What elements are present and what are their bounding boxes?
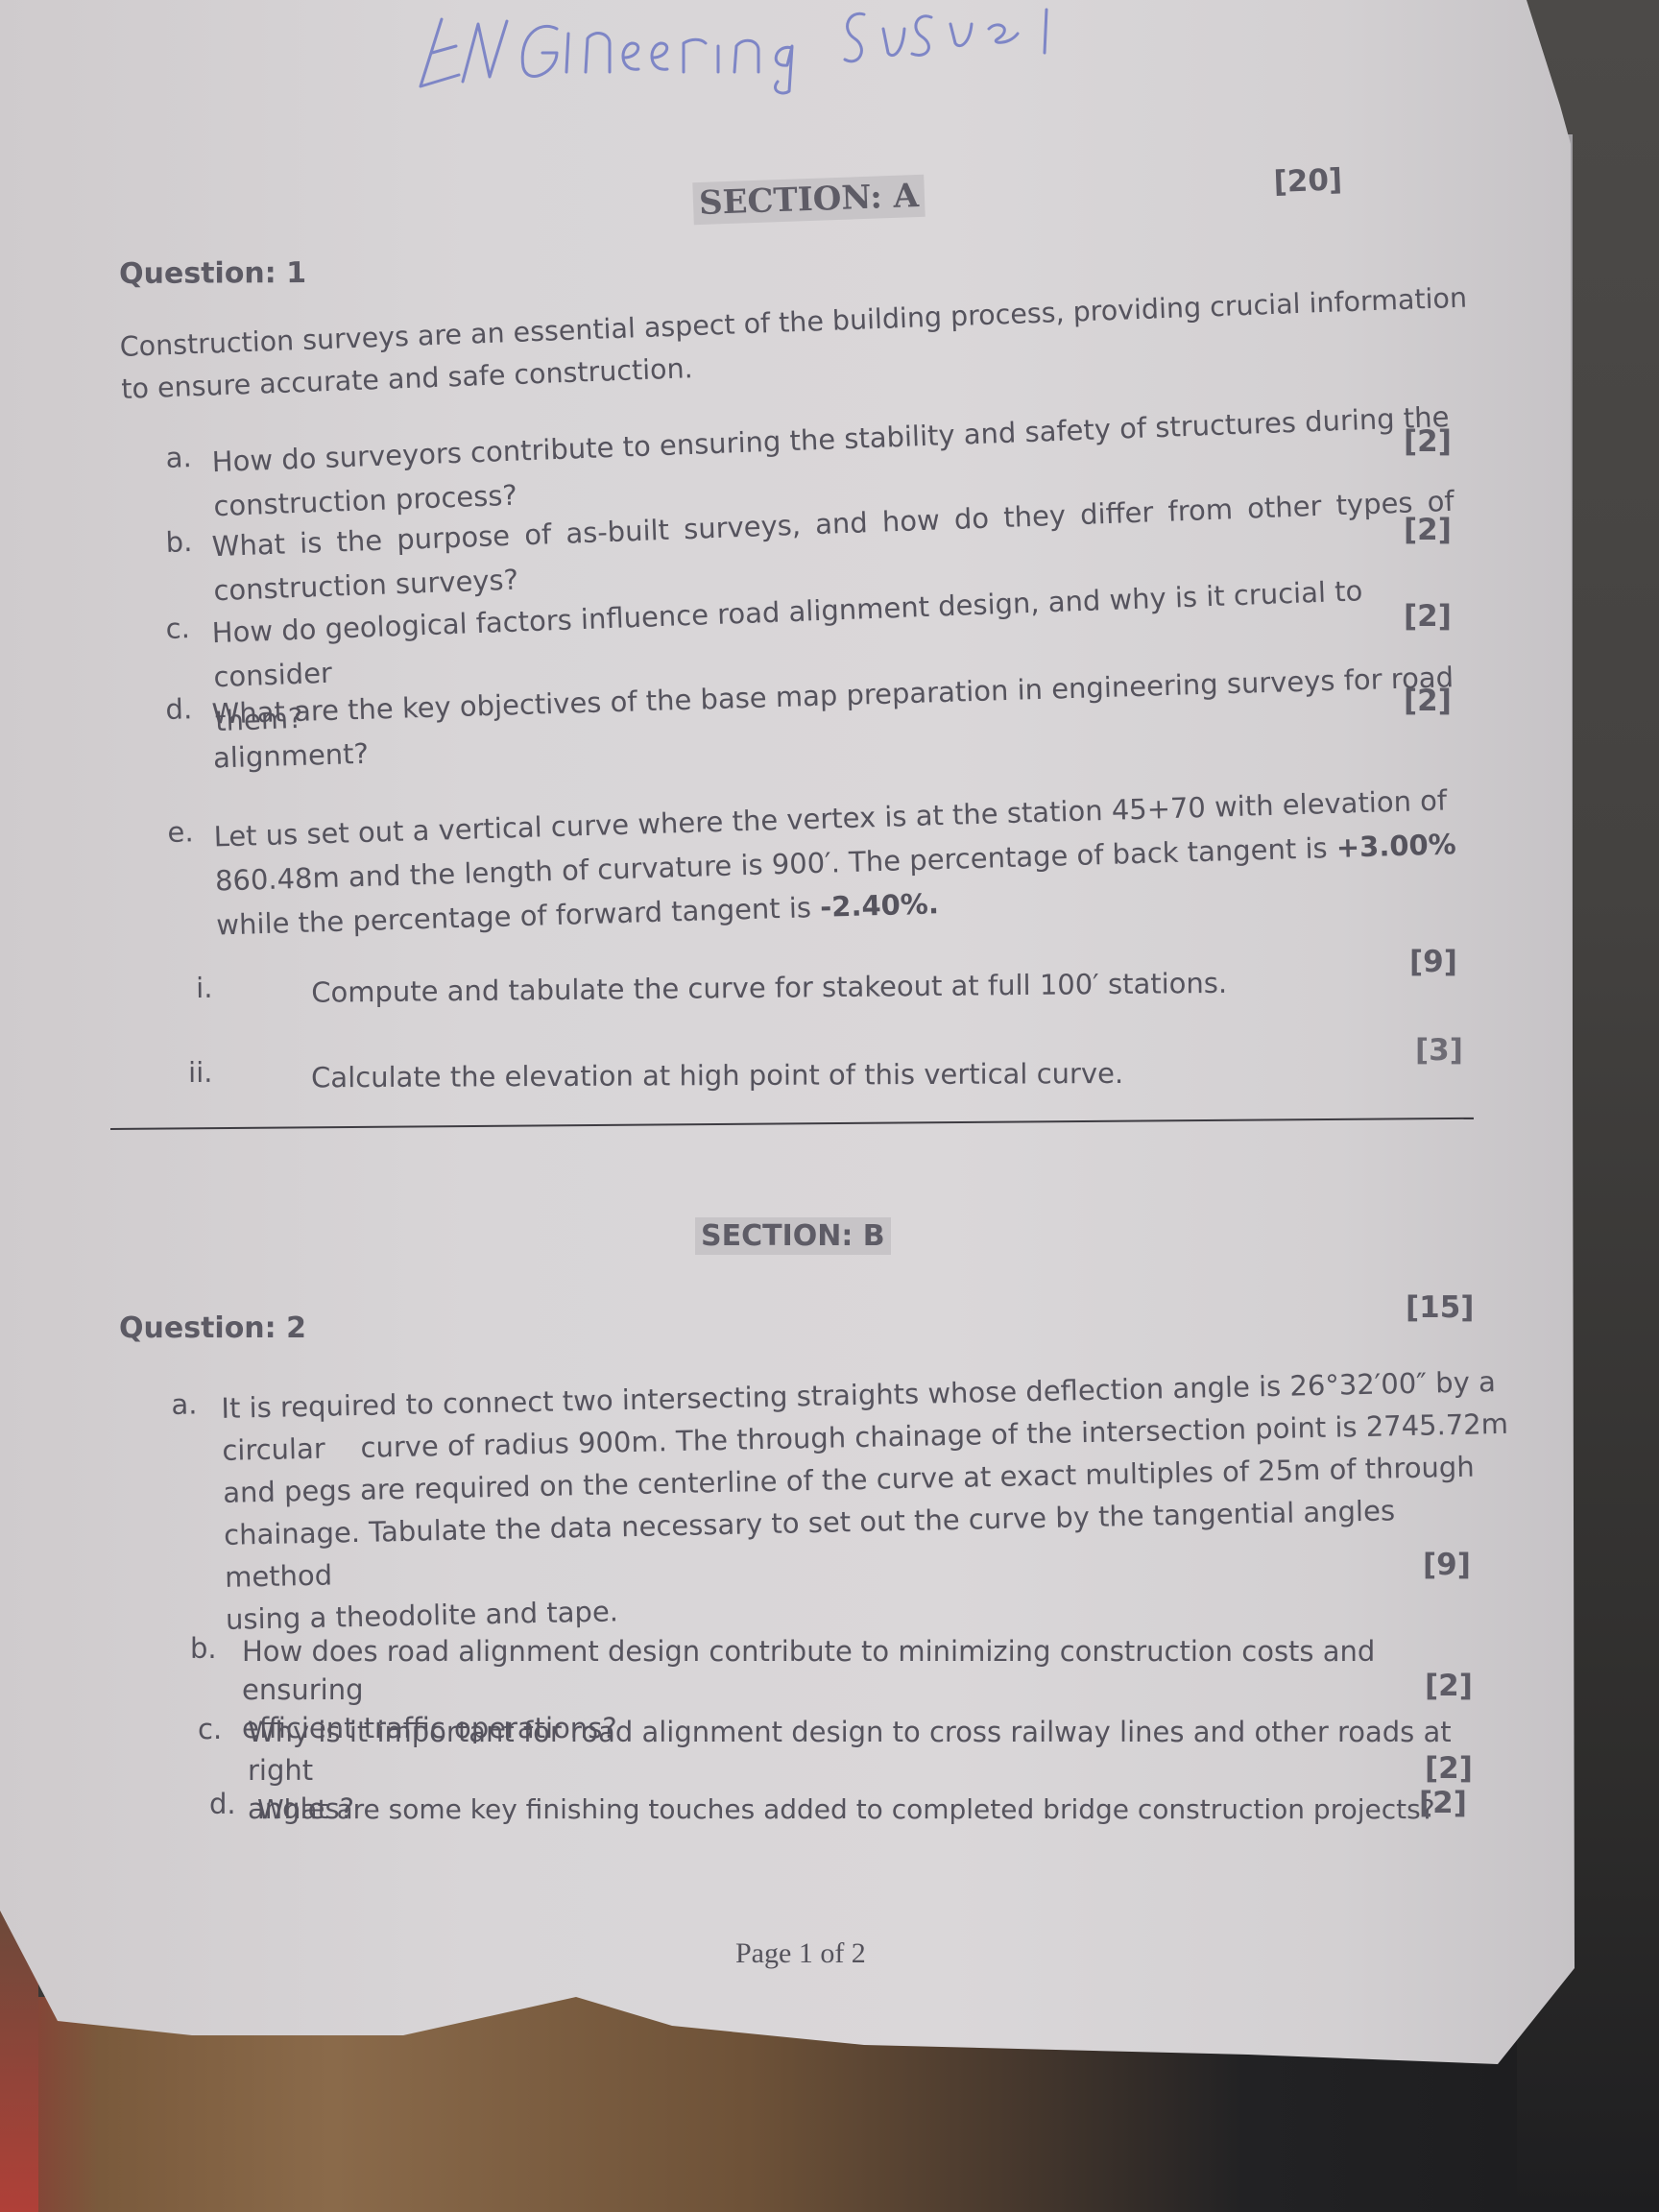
- item-label: b.: [165, 525, 193, 559]
- item-line: What are some key finishing touches adde…: [257, 1788, 1435, 1832]
- item-label: a.: [165, 441, 192, 474]
- question-1c-marks: [2]: [1404, 599, 1452, 634]
- question-1a-marks: [2]: [1404, 424, 1452, 459]
- item-label: d.: [165, 692, 193, 726]
- item-text: It is required to connect two intersecti…: [221, 1360, 1512, 1641]
- question-2d-marks: [2]: [1419, 1786, 1467, 1820]
- item-line: How does road alignment design contribut…: [242, 1632, 1496, 1709]
- section-b-heading: SECTION: B: [695, 1217, 891, 1255]
- item-label: a.: [171, 1387, 198, 1421]
- question-1d-marks: [2]: [1404, 684, 1452, 718]
- subitem-text: Calculate the elevation at high point of…: [311, 1051, 1123, 1099]
- question-1e-ii-marks: [3]: [1415, 1033, 1463, 1068]
- item-label: e.: [167, 815, 194, 849]
- section-a-marks: [20]: [1273, 162, 1343, 200]
- question-2b-marks: [2]: [1425, 1669, 1473, 1703]
- subitem-label: i.: [196, 972, 213, 1004]
- question-2-marks: [15]: [1406, 1290, 1474, 1325]
- question-1e-i-marks: [9]: [1409, 945, 1457, 979]
- subitem-label: ii.: [188, 1056, 213, 1089]
- question-2a-marks: [9]: [1423, 1548, 1471, 1582]
- item-label: d.: [209, 1788, 236, 1820]
- item-label: c.: [198, 1713, 222, 1745]
- question-2-title: Question: 2: [119, 1311, 306, 1345]
- forward-tangent-value: -2.40%.: [820, 887, 940, 924]
- section-a-heading: SECTION: A: [692, 175, 925, 225]
- item-label: c.: [165, 612, 190, 645]
- item-label: b.: [190, 1632, 217, 1665]
- item-line: Why is it important for road alignment d…: [248, 1713, 1503, 1790]
- question-2c-marks: [2]: [1425, 1751, 1473, 1786]
- item-text: What are some key finishing touches adde…: [257, 1788, 1435, 1832]
- back-tangent-value: +3.00%: [1335, 828, 1456, 864]
- page-number: Page 1 of 2: [735, 1937, 866, 1970]
- question-1-title: Question: 1: [119, 256, 306, 291]
- question-1b-marks: [2]: [1404, 513, 1452, 547]
